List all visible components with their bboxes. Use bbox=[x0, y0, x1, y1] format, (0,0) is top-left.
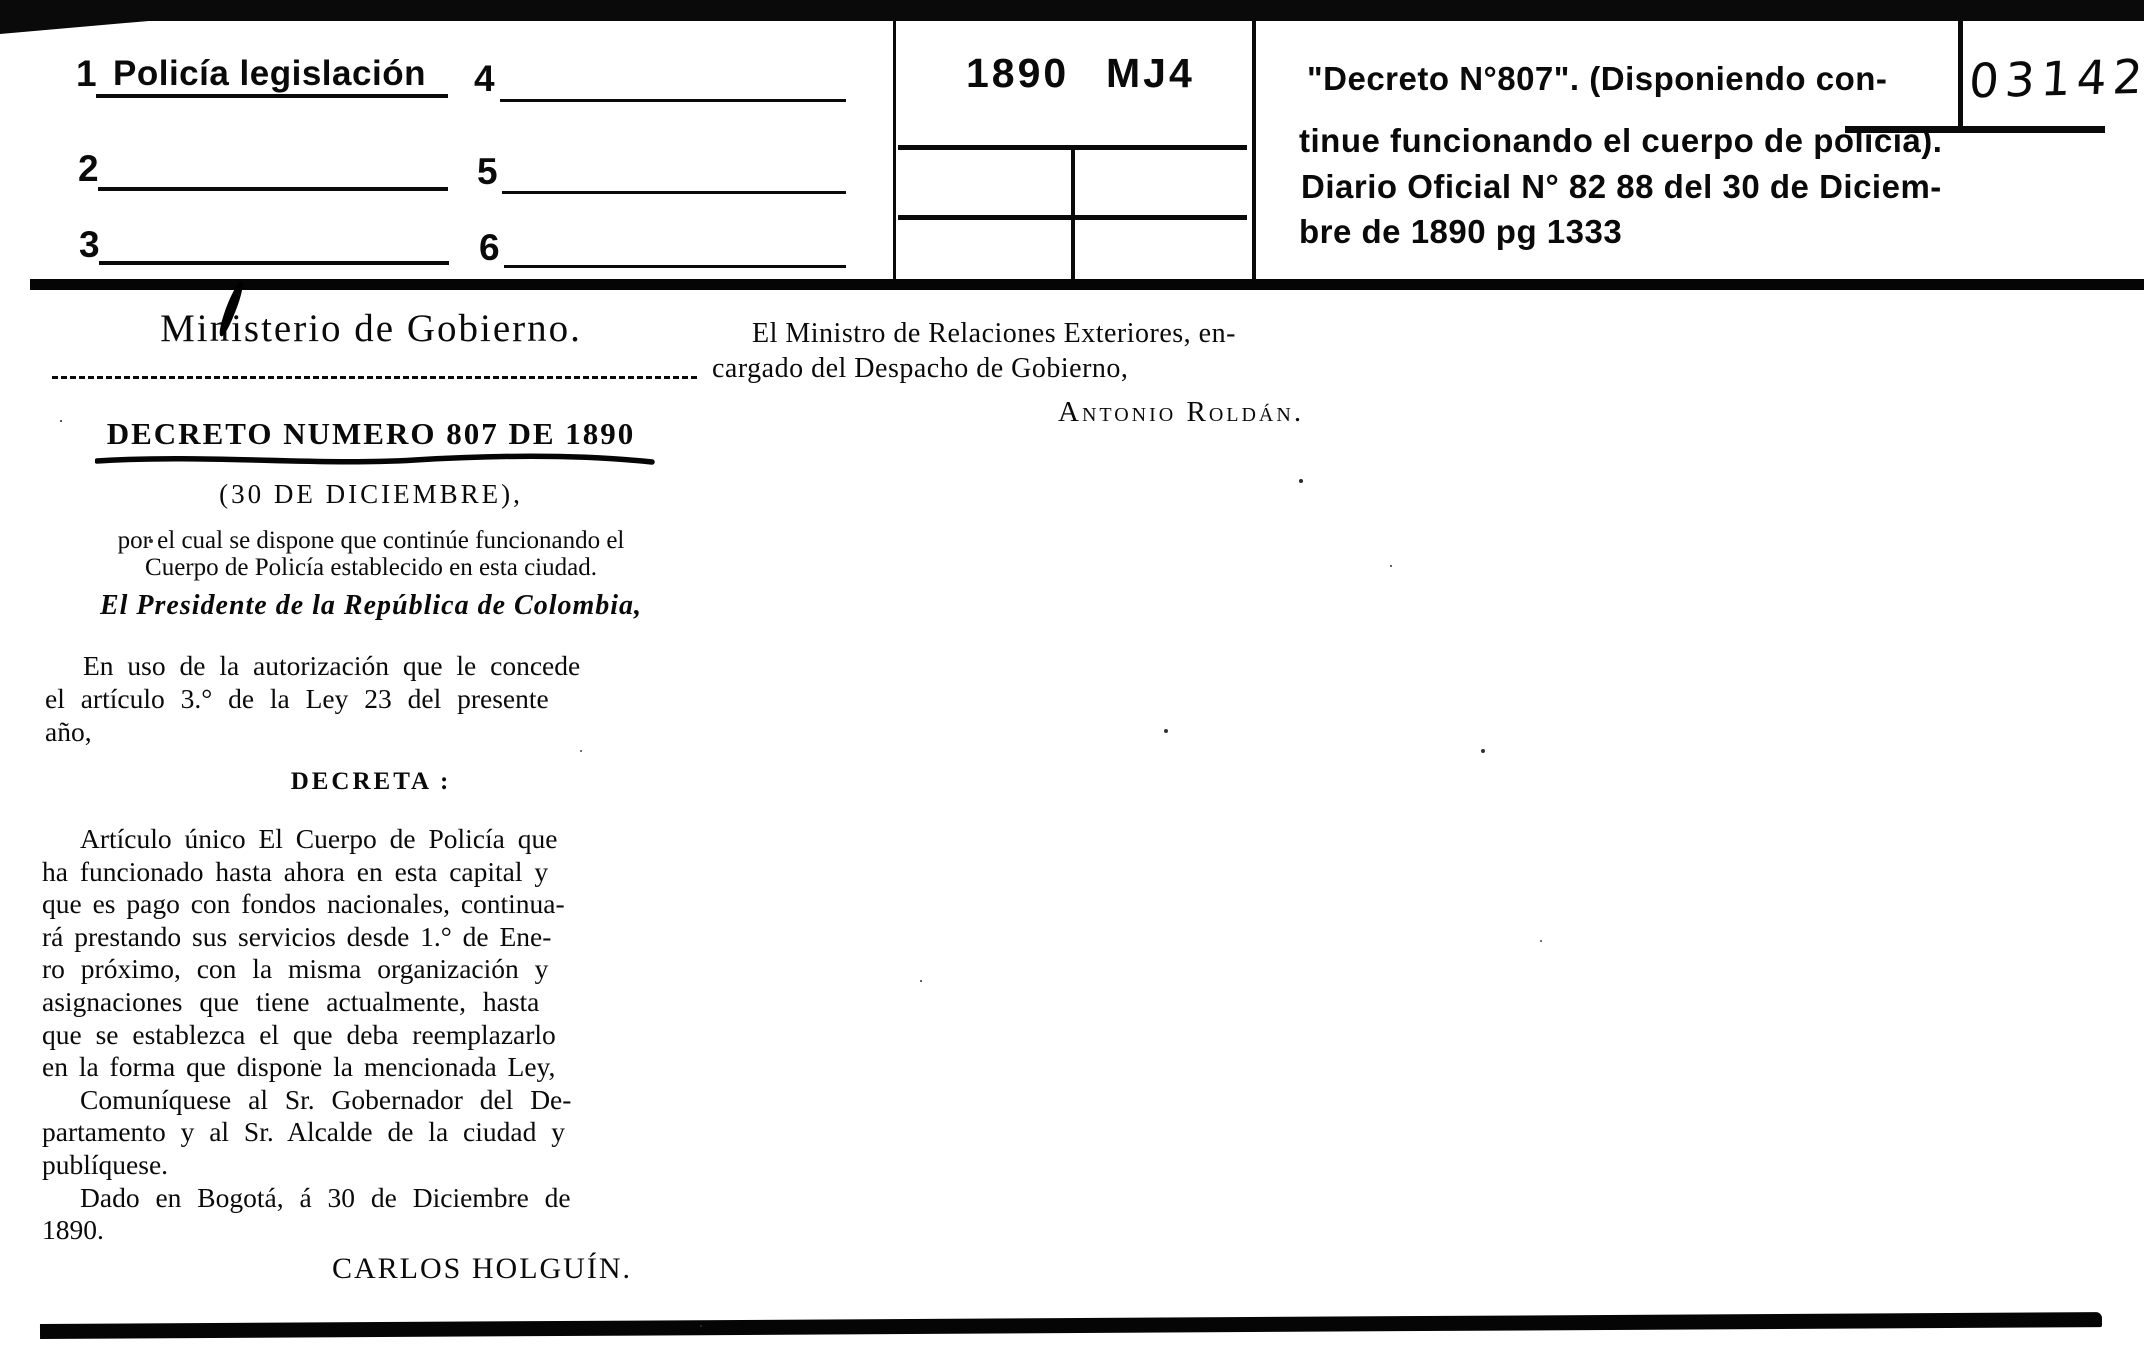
body-line: publíquese. bbox=[42, 1149, 707, 1182]
field-3-number: 3 bbox=[79, 224, 100, 266]
field-5-line bbox=[502, 191, 846, 194]
scan-top-bar bbox=[0, 0, 2144, 21]
authority-line: El Presidente de la República de Colombi… bbox=[35, 590, 707, 622]
field-3-line bbox=[99, 261, 449, 265]
countersign-line-2: cargado del Despacho de Gobierno, bbox=[712, 353, 1128, 385]
scan-top-bar-left-wedge bbox=[0, 0, 175, 34]
body-line: que se establezca el que deba reemplazar… bbox=[42, 1019, 707, 1052]
decree-title-underline bbox=[95, 452, 655, 468]
annotation-line-4: bre de 1890 pg 1333 bbox=[1299, 213, 1622, 251]
body-line: Dado en Bogotá, á 30 de Diciembre de bbox=[42, 1182, 707, 1215]
body-line: 1890. bbox=[42, 1214, 707, 1247]
body-line: Comuníquese al Sr. Gobernador del De- bbox=[42, 1084, 707, 1117]
code-label: MJ4 bbox=[1106, 50, 1195, 97]
president-signature: CARLOS HOLGUÍN. bbox=[332, 1252, 632, 1286]
field-6-line bbox=[504, 265, 846, 268]
ref-box-bottom-border bbox=[1845, 126, 2105, 133]
decreta-heading: DECRETA : bbox=[35, 768, 707, 796]
ref-box-left-border bbox=[1958, 18, 1963, 132]
body-line: en la forma que dispone la mencionada Le… bbox=[42, 1051, 707, 1084]
decree-summary-line-1: por el cual se dispone que continúe func… bbox=[35, 527, 707, 555]
body-line: partamento y al Sr. Alcalde de la ciudad… bbox=[42, 1116, 707, 1149]
field-2-number: 2 bbox=[78, 148, 99, 190]
scanned-index-card: 1 Policía legislación 4 2 5 3 6 1890 MJ4… bbox=[0, 0, 2144, 1369]
body-line: que es pago con fondos nacionales, conti… bbox=[42, 888, 707, 921]
field-2-line bbox=[98, 187, 448, 191]
annotation-line-1: "Decreto N°807". (Disponiendo con- bbox=[1307, 60, 1887, 98]
preamble-line-2: el artículo 3.° de la Ley 23 del present… bbox=[45, 683, 549, 716]
masthead-divider-dashed bbox=[52, 376, 697, 379]
field-1-number: 1 bbox=[76, 53, 97, 95]
grid-vdivider bbox=[1071, 146, 1075, 284]
field-1-line bbox=[96, 94, 448, 98]
year-box-left-border bbox=[893, 21, 896, 284]
countersign-line-1: El Ministro de Relaciones Exteriores, en… bbox=[752, 318, 1236, 350]
body-line: ha funcionado hasta ahora en esta capita… bbox=[42, 856, 707, 889]
decree-date-line: (30 DE DICIEMBRE), bbox=[35, 479, 707, 510]
body-line: rá prestando sus servicios desde 1.° de … bbox=[42, 921, 707, 954]
decree-title: DECRETO NUMERO 807 DE 1890 bbox=[35, 416, 707, 452]
annotation-line-3: Diario Oficial N° 82 88 del 30 de Diciem… bbox=[1301, 168, 1942, 206]
year-label: 1890 bbox=[966, 50, 1069, 97]
field-1-value: Policía legislación bbox=[113, 54, 426, 94]
scan-bottom-bar bbox=[40, 1312, 2102, 1339]
field-6-number: 6 bbox=[479, 227, 500, 269]
body-line: Artículo único El Cuerpo de Policía que bbox=[42, 823, 707, 856]
scan-noise bbox=[60, 420, 62, 422]
preamble-line-1: En uso de la autorización que le concede bbox=[45, 650, 580, 683]
field-4-number: 4 bbox=[474, 58, 495, 100]
body-line: asignaciones que tiene actualmente, hast… bbox=[42, 986, 707, 1019]
body-line: ro próximo, con la misma organización y bbox=[42, 953, 707, 986]
decree-body: Artículo único El Cuerpo de Policía que … bbox=[42, 823, 707, 1247]
field-5-number: 5 bbox=[477, 151, 498, 193]
year-box-right-border bbox=[1252, 21, 1256, 284]
reference-number: 03142 bbox=[1967, 50, 2144, 110]
header-rule bbox=[30, 279, 2144, 290]
decree-summary-line-2: Cuerpo de Policía establecido en esta ci… bbox=[35, 554, 707, 582]
minister-signature: Antonio Roldán. bbox=[1058, 396, 1304, 429]
preamble-line-3: año, bbox=[45, 716, 92, 749]
clipping-masthead: Ministerio de Gobierno. bbox=[35, 306, 707, 351]
field-4-line bbox=[500, 99, 846, 102]
